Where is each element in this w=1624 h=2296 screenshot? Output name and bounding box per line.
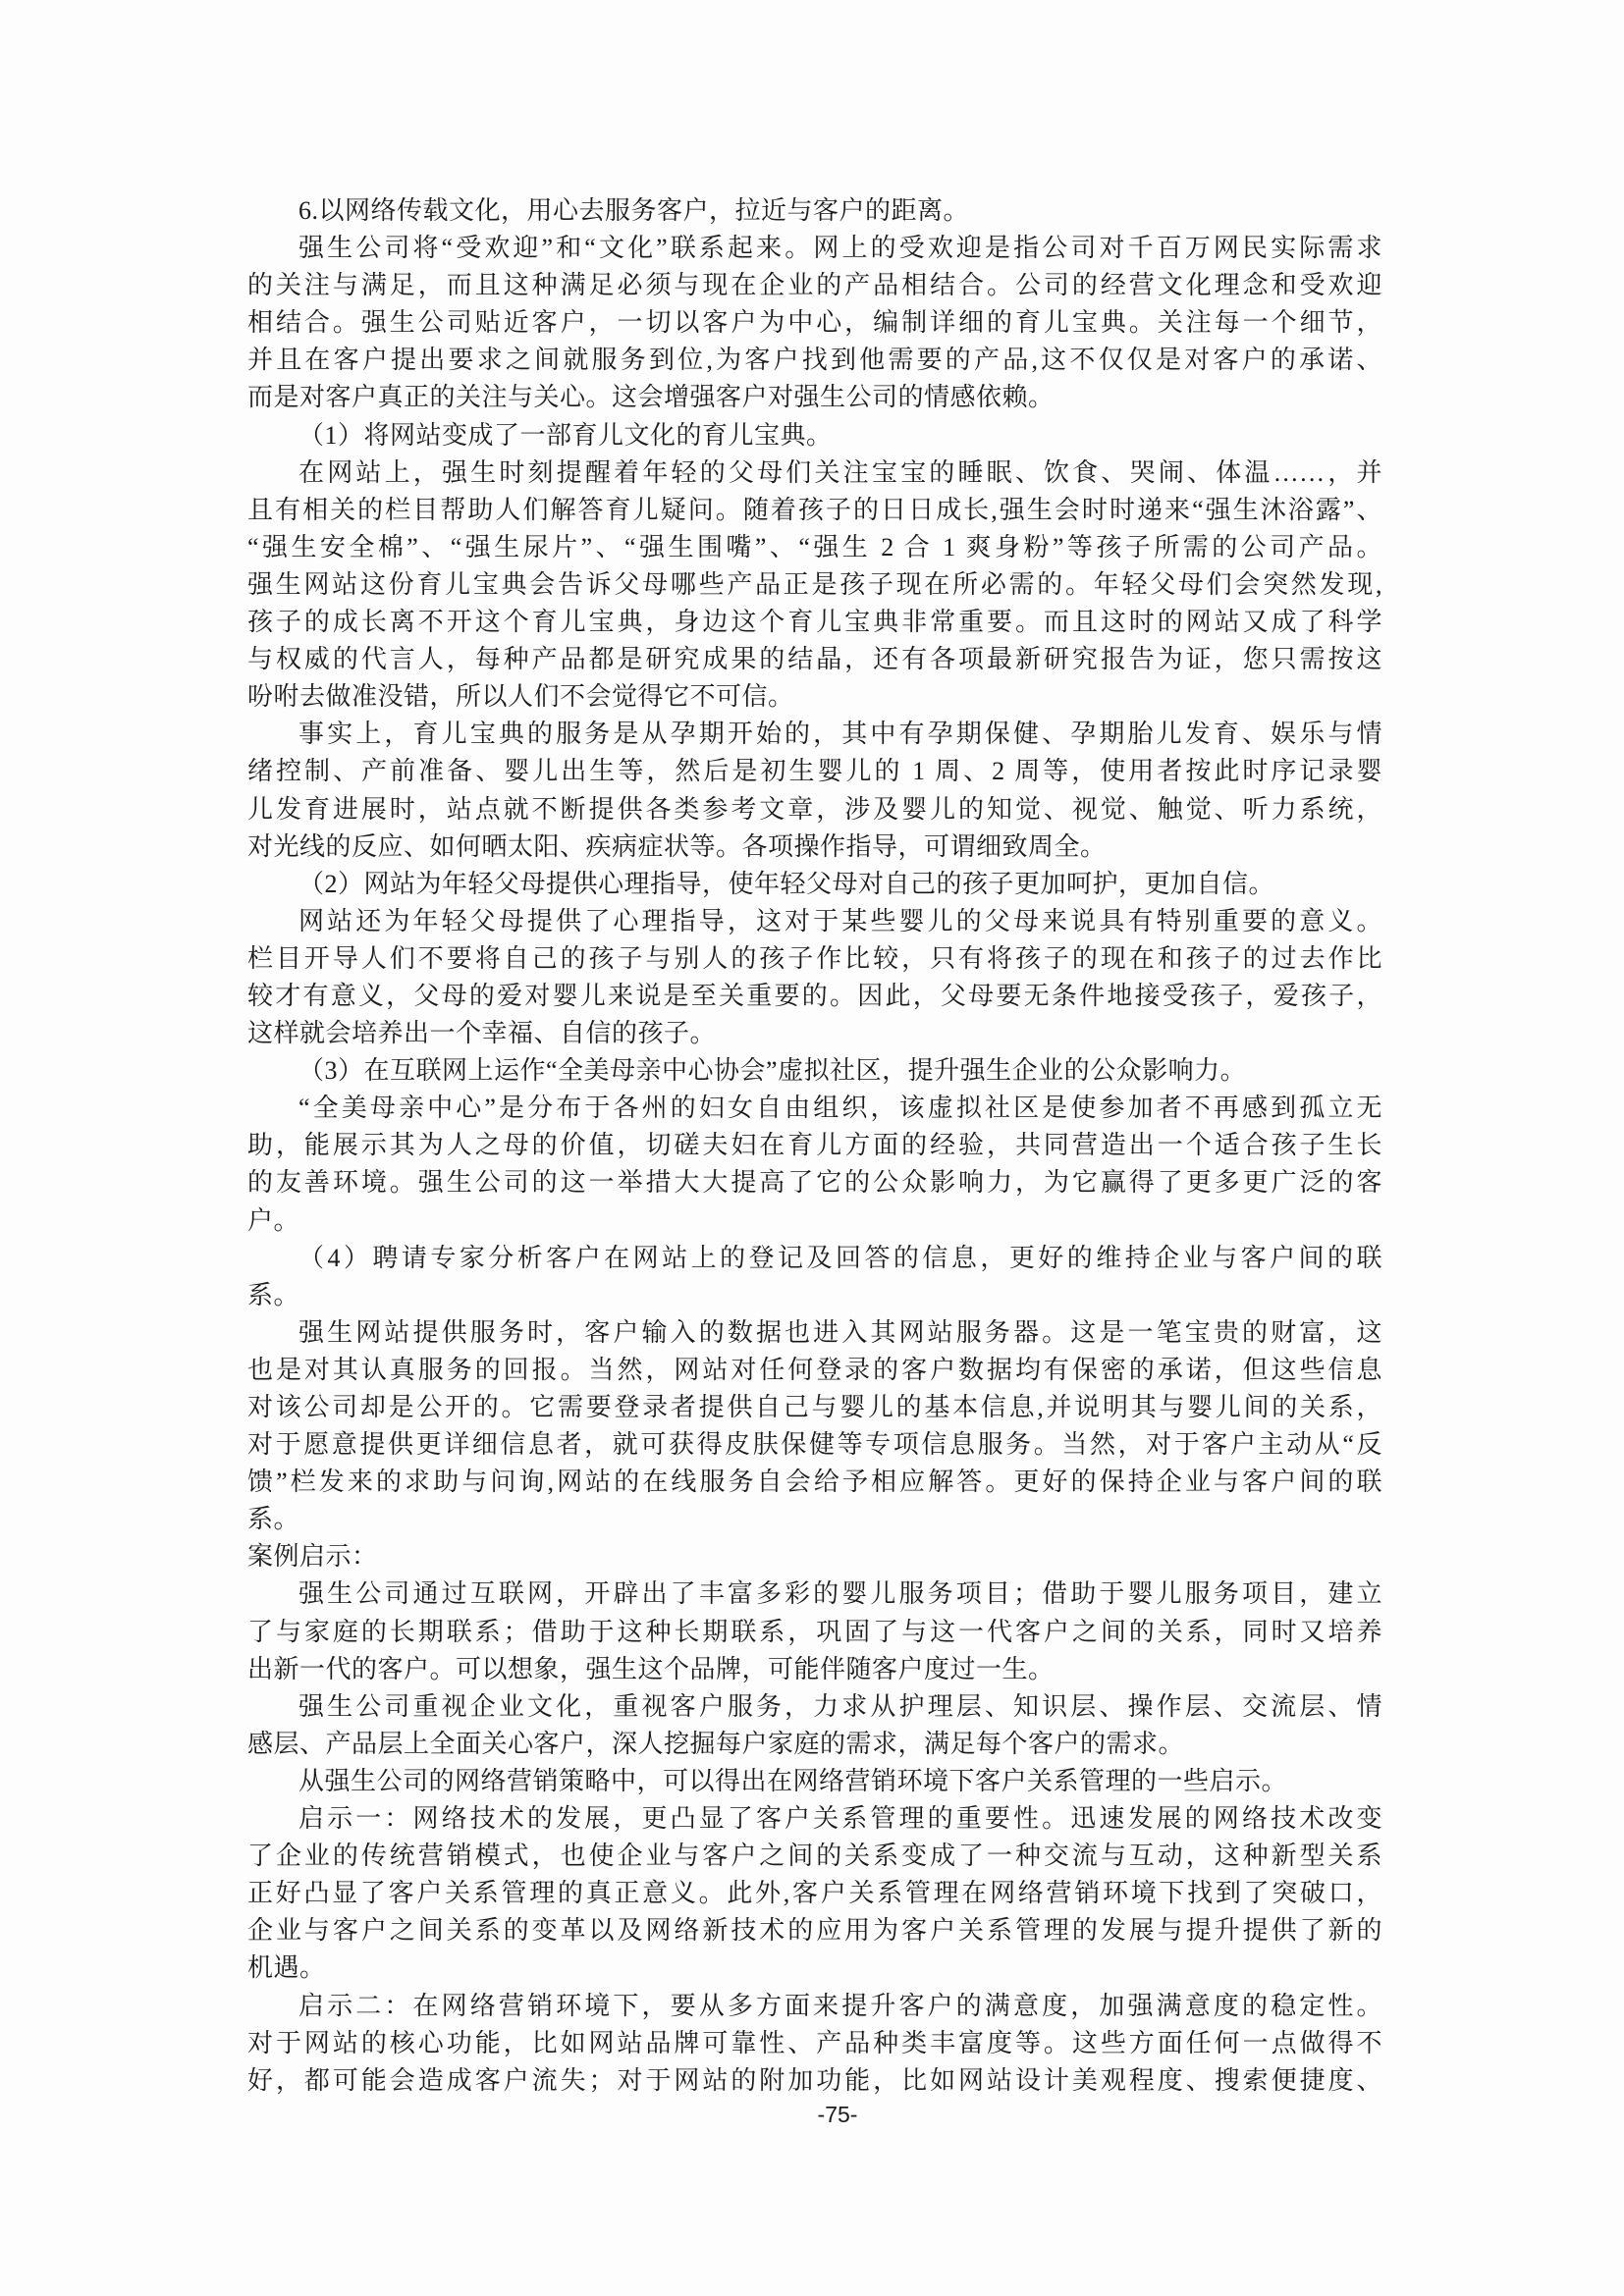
text-line: 也是对其认真服务的回报。当然，网站对任何登录的客户数据均有保密的承诺，但这些信息 [247,1352,1382,1389]
text-line: 与权威的代言人，每种产品都是研究成果的结晶，还有各项最新研究报告为证，您只需按这 [247,641,1382,678]
text-line: 绪控制、产前准备、婴儿出生等，然后是初生婴儿的 1 周、2 周等，使用者按此时序… [247,753,1382,790]
text-line: 儿发育进展时，站点就不断提供各类参考文章，涉及婴儿的知觉、视觉、触觉、听力系统， [247,791,1382,828]
text-line: “强生安全棉”、“强生尿片”、“强生围嘴”、“强生 2 合 1 爽身粉”等孩子所… [247,529,1382,566]
paragraph: 6.以网络传载文化，用心去服务客户，拉近与客户的距离。 [247,192,1382,230]
text-line: 强生公司重视企业文化，重视客户服务，力求从护理层、知识层、操作层、交流层、情 [247,1688,1382,1726]
text-line: 事实上，育儿宝典的服务是从孕期开始的，其中有孕期保健、孕期胎儿发育、娱乐与情 [247,716,1382,753]
text-line: 对光线的反应、如何晒太阳、疾病症状等。各项操作指导，可谓细致周全。 [247,828,1382,866]
text-line: 出新一代的客户。可以想象，强生这个品牌，可能伴随客户度过一生。 [247,1651,1382,1688]
text-line: 了企业的传统营销模式，也使企业与客户之间的关系变成了一种交流与互动，这种新型关系 [247,1838,1382,1875]
text-line: “全美母亲中心”是分布于各州的妇女自由组织，该虚拟社区是使参加者不再感到孤立无 [247,1090,1382,1127]
text-line: 强生网站这份育儿宝典会告诉父母哪些产品正是孩子现在所必需的。年轻父母们会突然发现… [247,566,1382,604]
text-line: 系。 [247,1277,1382,1314]
paragraph: 强生网站提供服务时，客户输入的数据也进入其网站服务器。这是一笔宝贵的财富，这也是… [247,1314,1382,1539]
document-body: 6.以网络传载文化，用心去服务客户，拉近与客户的距离。强生公司将“受欢迎”和“文… [247,192,1382,2100]
text-line: 企业与客户之间关系的变革以及网络新技术的应用为客户关系管理的发展与提升提供了新的 [247,1912,1382,1949]
text-line: 对于愿意提供更详细信息者，就可获得皮肤保健等专项信息服务。当然，对于客户主动从“… [247,1426,1382,1464]
paragraph: “全美母亲中心”是分布于各州的妇女自由组织，该虚拟社区是使参加者不再感到孤立无助… [247,1090,1382,1239]
text-line: 案例启示： [247,1538,1382,1575]
text-line: 这样就会培养出一个幸福、自信的孩子。 [247,1015,1382,1052]
paragraph: （1）将网站变成了一部育儿文化的育儿宝典。 [247,417,1382,454]
text-line: 助，能展示其为人之母的价值，切磋夫妇在育儿方面的经验，共同营造出一个适合孩子生长 [247,1127,1382,1164]
text-line: 且有相关的栏目帮助人们解答育儿疑问。随着孩子的日日成长,强生会时时递来“强生沐浴… [247,492,1382,529]
text-line: （2）网站为年轻父母提供心理指导，使年轻父母对自己的孩子更加呵护，更加自信。 [247,866,1382,903]
page-number: -75- [0,2102,1624,2128]
text-line: 正好凸显了客户关系管理的真正意义。此外,客户关系管理在网络营销环境下找到了突破口… [247,1875,1382,1912]
text-line: 强生网站提供服务时，客户输入的数据也进入其网站服务器。这是一笔宝贵的财富，这 [247,1314,1382,1352]
text-line: 系。 [247,1501,1382,1538]
text-line: （1）将网站变成了一部育儿文化的育儿宝典。 [247,417,1382,454]
text-line: 对于网站的核心功能，比如网站品牌可靠性、产品种类丰富度等。这些方面任何一点做得不 [247,2025,1382,2062]
text-line: 强生公司将“受欢迎”和“文化”联系起来。网上的受欢迎是指公司对千百万网民实际需求 [247,230,1382,267]
text-line: 而是对客户真正的关注与关心。这会增强客户对强生公司的情感依赖。 [247,379,1382,416]
paragraph: 强生公司重视企业文化，重视客户服务，力求从护理层、知识层、操作层、交流层、情感层… [247,1688,1382,1763]
text-line: 较才有意义，父母的爱对婴儿来说是至关重要的。因此，父母要无条件地接受孩子，爱孩子… [247,978,1382,1015]
text-line: 栏目开导人们不要将自己的孩子与别人的孩子作比较，只有将孩子的现在和孩子的过去作比 [247,940,1382,978]
text-line: 感层、产品层上全面关心客户，深人挖掘每户家庭的需求，满足每个客户的需求。 [247,1726,1382,1763]
paragraph: （4）聘请专家分析客户在网站上的登记及回答的信息，更好的维持企业与客户间的联系。 [247,1240,1382,1314]
text-line: 从强生公司的网络营销策略中，可以得出在网络营销环境下客户关系管理的一些启示。 [247,1763,1382,1800]
text-line: 在网站上，强生时刻提醒着年轻的父母们关注宝宝的睡眠、饮食、哭闹、体温……，并 [247,454,1382,492]
text-line: 孩子的成长离不开这个育儿宝典，身边这个育儿宝典非常重要。而且这时的网站又成了科学 [247,604,1382,641]
paragraph: （3）在互联网上运作“全美母亲中心协会”虚拟社区，提升强生企业的公众影响力。 [247,1052,1382,1090]
paragraph: 在网站上，强生时刻提醒着年轻的父母们关注宝宝的睡眠、饮食、哭闹、体温……，并且有… [247,454,1382,717]
text-line: 机遇。 [247,1949,1382,1987]
text-line: 户。 [247,1202,1382,1240]
text-line: 启示二：在网络营销环境下，要从多方面来提升客户的满意度，加强满意度的稳定性。 [247,1988,1382,2025]
text-line: （4）聘请专家分析客户在网站上的登记及回答的信息，更好的维持企业与客户间的联 [247,1240,1382,1277]
document-page: 6.以网络传载文化，用心去服务客户，拉近与客户的距离。强生公司将“受欢迎”和“文… [0,0,1624,2296]
text-line: 的关注与满足，而且这种满足必须与现在企业的产品相结合。公司的经营文化理念和受欢迎 [247,267,1382,304]
text-line: 吩咐去做准没错，所以人们不会觉得它不可信。 [247,678,1382,716]
paragraph: （2）网站为年轻父母提供心理指导，使年轻父母对自己的孩子更加呵护，更加自信。 [247,866,1382,903]
paragraph: 事实上，育儿宝典的服务是从孕期开始的，其中有孕期保健、孕期胎儿发育、娱乐与情绪控… [247,716,1382,865]
text-line: 馈”栏发来的求助与问询,网站的在线服务自会给予相应解答。更好的保持企业与客户间的… [247,1464,1382,1501]
text-line: 网站还为年轻父母提供了心理指导，这对于某些婴儿的父母来说具有特别重要的意义。 [247,903,1382,940]
text-line: 对该公司却是公开的。它需要登录者提供自己与婴儿的基本信息,并说明其与婴儿间的关系… [247,1389,1382,1426]
text-line: 启示一：网络技术的发展，更凸显了客户关系管理的重要性。迅速发展的网络技术改变 [247,1800,1382,1838]
paragraph: 从强生公司的网络营销策略中，可以得出在网络营销环境下客户关系管理的一些启示。 [247,1763,1382,1800]
text-line: 并且在客户提出要求之间就服务到位,为客户找到他需要的产品,这不仅仅是对客户的承诺… [247,342,1382,379]
text-line: 相结合。强生公司贴近客户，一切以客户为中心，编制详细的育儿宝典。关注每一个细节， [247,304,1382,342]
text-line: （3）在互联网上运作“全美母亲中心协会”虚拟社区，提升强生企业的公众影响力。 [247,1052,1382,1090]
text-line: 了与家庭的长期联系；借助于这种长期联系，巩固了与这一代客户之间的关系，同时又培养 [247,1614,1382,1651]
paragraph: 启示一：网络技术的发展，更凸显了客户关系管理的重要性。迅速发展的网络技术改变了企… [247,1800,1382,1987]
text-line: 6.以网络传载文化，用心去服务客户，拉近与客户的距离。 [247,192,1382,230]
paragraph: 启示二：在网络营销环境下，要从多方面来提升客户的满意度，加强满意度的稳定性。对于… [247,1988,1382,2100]
paragraph: 强生公司将“受欢迎”和“文化”联系起来。网上的受欢迎是指公司对千百万网民实际需求… [247,230,1382,416]
paragraph: 案例启示： [247,1538,1382,1575]
text-line: 的友善环境。强生公司的这一举措大大提高了它的公众影响力，为它赢得了更多更广泛的客 [247,1164,1382,1201]
paragraph: 网站还为年轻父母提供了心理指导，这对于某些婴儿的父母来说具有特别重要的意义。栏目… [247,903,1382,1052]
text-line: 好，都可能会造成客户流失；对于网站的附加功能，比如网站设计美观程度、搜索便捷度、 [247,2062,1382,2100]
paragraph: 强生公司通过互联网，开辟出了丰富多彩的婴儿服务项目；借助于婴儿服务项目，建立了与… [247,1575,1382,1687]
text-line: 强生公司通过互联网，开辟出了丰富多彩的婴儿服务项目；借助于婴儿服务项目，建立 [247,1575,1382,1613]
